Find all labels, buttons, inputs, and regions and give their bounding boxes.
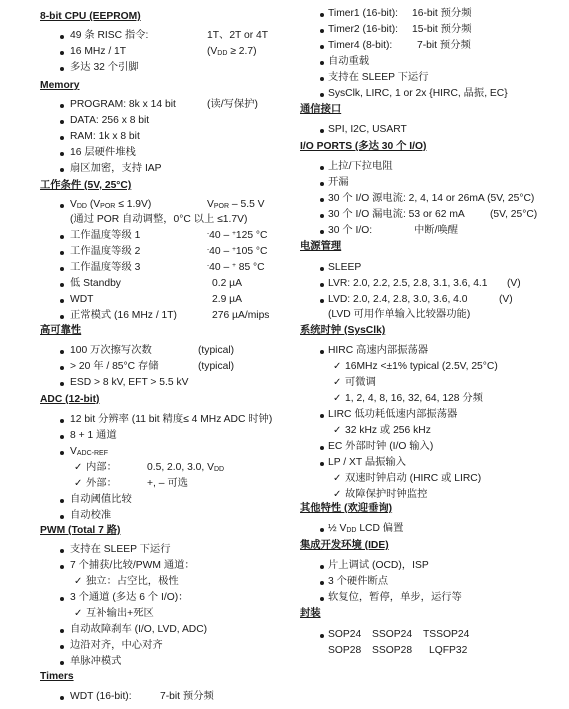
bullet-icon	[320, 462, 324, 466]
bullet-icon	[60, 645, 64, 649]
temp-grade-value: -40 – +105 °C	[207, 247, 267, 257]
clock-item-label: LIRC 低功耗低速内部振荡器	[328, 410, 457, 420]
power-item-label: LVR: 2.0, 2.2, 2.5, 2.8, 3.1, 3.6, 4.1	[328, 279, 488, 289]
package-name: TSSOP24	[423, 630, 469, 640]
adc-sub-label: 外部：	[86, 479, 117, 489]
power-note: (LVD 可用作单输入比较器功能)	[328, 310, 470, 320]
current-label: 低 Standby	[70, 279, 121, 289]
clock-item-label: EC 外部时钟 (I/O 输入)	[328, 442, 433, 452]
current-value: 2.9 µA	[212, 295, 242, 305]
section-title-clock: 系统时钟 (SysClk)	[300, 326, 385, 336]
check-icon: ✓	[333, 426, 341, 436]
bullet-icon	[60, 51, 64, 55]
current-value: 276 µA/mips	[212, 311, 269, 321]
ide-item-label: 3 个硬件断点	[328, 577, 388, 587]
power-item-label: SLEEP	[328, 263, 361, 273]
pwm-sub-label: 互补输出+死区	[86, 609, 154, 619]
timer-item-label: 自动重载	[328, 57, 369, 67]
check-icon: ✓	[74, 577, 82, 587]
temp-grade-label: 工作温度等级 1	[70, 231, 140, 241]
section-title-memory: Memory	[40, 81, 79, 91]
ide-item-label: 片上调试 (OCD)，ISP	[328, 561, 429, 571]
bullet-icon	[60, 299, 64, 303]
check-icon: ✓	[333, 378, 341, 388]
current-label: 正常模式 (16 MHz / 1T)	[70, 311, 177, 321]
bullet-icon	[60, 168, 64, 172]
bullet-icon	[60, 235, 64, 239]
clock-item-label: LP / XT 晶振输入	[328, 458, 406, 468]
io-item-label: 30 个 I/O:	[328, 226, 372, 236]
check-icon: ✓	[333, 394, 341, 404]
clock-sub-label: 可微调	[345, 378, 376, 388]
bullet-icon	[60, 435, 64, 439]
io-item-value: 中断/唤醒	[414, 226, 458, 236]
temp-grade-label: 工作温度等级 3	[70, 263, 140, 273]
io-item-value: (5V, 25°C)	[490, 210, 537, 220]
power-item-value: (V)	[507, 279, 521, 289]
bullet-icon	[60, 35, 64, 39]
bullet-icon	[320, 77, 324, 81]
reliability-item-label: > 20 年 / 85°C 存储	[70, 362, 159, 372]
reliability-item-label: ESD > 8 kV, EFT > 5.5 kV	[70, 378, 188, 388]
section-title-cpu: 8-bit CPU (EEPROM)	[40, 12, 141, 22]
bullet-icon	[60, 204, 64, 208]
temp-grade-label: 工作温度等级 2	[70, 247, 140, 257]
clock-sub-label: 故障保护时钟监控	[345, 490, 427, 500]
section-title-comm: 通信接口	[300, 105, 341, 115]
memory-item-label: DATA: 256 x 8 bit	[70, 116, 149, 126]
bullet-icon	[320, 528, 324, 532]
pwm-item-label: 单脉冲模式	[70, 657, 121, 667]
bullet-icon	[60, 549, 64, 553]
bullet-icon	[320, 182, 324, 186]
temp-grade-value: -40 – +125 °C	[207, 231, 267, 241]
timer-item-value: 15-bit 预分频	[412, 25, 472, 35]
bullet-icon	[320, 283, 324, 287]
bullet-icon	[320, 414, 324, 418]
section-title-adc: ADC (12-bit)	[40, 395, 100, 405]
io-item-label: 30 个 I/O 源电流: 2, 4, 14 or 26mA (5V, 25°C…	[328, 194, 534, 204]
bullet-icon	[320, 446, 324, 450]
section-title-reliability: 高可靠性	[40, 326, 81, 336]
section-title-io: I/O PORTS (多达 30 个 I/O)	[300, 142, 426, 152]
bullet-icon	[60, 419, 64, 423]
power-item-label: LVD: 2.0, 2.4, 2.8, 3.0, 3.6, 4.0	[328, 295, 467, 305]
clock-sub-label: 16MHz <±1% typical (2.5V, 25°C)	[345, 362, 498, 372]
adc-sub-value: 0.5, 2.0, 3.0, VDD	[147, 463, 224, 473]
bullet-icon	[60, 136, 64, 140]
adc-item-label: 8 + 1 通道	[70, 431, 117, 441]
timer-item-label: Timer4 (8-bit):	[328, 41, 392, 51]
bullet-icon	[320, 350, 324, 354]
clock-sub-label: 32 kHz 或 256 kHz	[345, 426, 431, 436]
bullet-icon	[60, 283, 64, 287]
check-icon: ✓	[74, 479, 82, 489]
check-icon: ✓	[74, 609, 82, 619]
bullet-icon	[60, 565, 64, 569]
io-item-label: 上拉/下拉电阻	[328, 162, 393, 172]
io-item-label: 开漏	[328, 178, 349, 188]
section-title-pwm: PWM (Total 7 路)	[40, 526, 120, 536]
pwm-item-label: 3 个通道 (多达 6 个 I/O)：	[70, 593, 188, 603]
memory-item-value: (读/写保护)	[207, 100, 258, 110]
pwm-sub-label: 独立：占空比，极性	[86, 577, 179, 587]
bullet-icon	[320, 634, 324, 638]
bullet-icon	[60, 267, 64, 271]
bullet-icon	[320, 230, 324, 234]
memory-item-label: 扇区加密，支持 IAP	[70, 164, 162, 174]
bullet-icon	[60, 515, 64, 519]
bullet-icon	[320, 214, 324, 218]
timer-item-value: 16-bit 预分频	[412, 9, 472, 19]
cpu-item-label: 多达 32 个引脚	[70, 63, 139, 73]
cpu-item-label: 16 MHz / 1T	[70, 47, 126, 57]
section-title-other: 其他特性 (欢迎垂询)	[300, 504, 392, 514]
bullet-icon	[320, 581, 324, 585]
bullet-icon	[320, 267, 324, 271]
bullet-icon	[60, 451, 64, 455]
reliability-item-label: 100 万次擦写次数	[70, 346, 152, 356]
check-icon: ✓	[333, 474, 341, 484]
bullet-icon	[320, 129, 324, 133]
adc-ref-label: VADC-REF	[70, 447, 108, 457]
bullet-icon	[320, 299, 324, 303]
check-icon: ✓	[333, 490, 341, 500]
cpu-item-value: 1T、2T or 4T	[207, 31, 268, 41]
timer-item-label: 支持在 SLEEP 下运行	[328, 73, 429, 83]
pwm-item-label: 支持在 SLEEP 下运行	[70, 545, 171, 555]
bullet-icon	[320, 93, 324, 97]
comm-item-label: SPI, I2C, USART	[328, 125, 407, 135]
timer-item-value: 7-bit 预分频	[160, 692, 214, 702]
timer-item-label: Timer1 (16-bit):	[328, 9, 398, 19]
bullet-icon	[60, 152, 64, 156]
bullet-icon	[320, 13, 324, 17]
temp-grade-value: -40 – + 85 °C	[207, 263, 265, 273]
timer-item-value: 7-bit 预分频	[417, 41, 471, 51]
bullet-icon	[320, 565, 324, 569]
bullet-icon	[60, 597, 64, 601]
reliability-item-value: (typical)	[198, 346, 234, 356]
bullet-icon	[320, 45, 324, 49]
bullet-icon	[60, 499, 64, 503]
adc-sub-value: +, – 可选	[147, 479, 188, 489]
adc-item-label: 自动校准	[70, 511, 111, 521]
vdd-note: (通过 POR 自动调整，0°C 以上 ≤1.7V)	[70, 215, 247, 225]
bullet-icon	[320, 29, 324, 33]
vdd-value: VPOR – 5.5 V	[207, 200, 265, 210]
power-item-value: (V)	[499, 295, 513, 305]
pwm-item-label: 自动故障刹车 (I/O, LVD, ADC)	[70, 625, 207, 635]
bullet-icon	[320, 61, 324, 65]
check-icon: ✓	[333, 362, 341, 372]
bullet-icon	[60, 67, 64, 71]
cpu-item-value: (VDD ≥ 2.7)	[207, 47, 257, 57]
bullet-icon	[60, 366, 64, 370]
memory-item-label: 16 层硬件堆栈	[70, 148, 136, 158]
package-name: LQFP32	[429, 646, 467, 656]
current-value: 0.2 µA	[212, 279, 242, 289]
bullet-icon	[60, 315, 64, 319]
bullet-icon	[60, 696, 64, 700]
memory-item-label: PROGRAM: 8k x 14 bit	[70, 100, 176, 110]
bullet-icon	[60, 104, 64, 108]
timer-item-label: Timer2 (16-bit):	[328, 25, 398, 35]
clock-item-label: HIRC 高速内部振荡器	[328, 346, 428, 356]
section-title-operating: 工作条件 (5V, 25°C)	[40, 181, 131, 191]
pwm-item-label: 边沿对齐，中心对齐	[70, 641, 163, 651]
current-label: WDT	[70, 295, 93, 305]
other-item-label: ½ VDD LCD 偏置	[328, 524, 403, 534]
adc-sub-label: 内部：	[86, 463, 117, 473]
package-name: SSOP24	[372, 630, 412, 640]
section-title-timers: Timers	[40, 672, 74, 682]
reliability-item-value: (typical)	[198, 362, 234, 372]
cpu-item-label: 49 条 RISC 指令:	[70, 31, 148, 41]
memory-item-label: RAM: 1k x 8 bit	[70, 132, 140, 142]
bullet-icon	[60, 382, 64, 386]
vdd-label: VDD (VPOR ≤ 1.9V)	[70, 200, 151, 210]
bullet-icon	[60, 251, 64, 255]
timer-item-label: WDT (16-bit):	[70, 692, 132, 702]
adc-item-label: 12 bit 分辨率 (11 bit 精度≤ 4 MHz ADC 时钟)	[70, 415, 272, 425]
ide-item-label: 软复位，暂停，单步，运行等	[328, 593, 462, 603]
bullet-icon	[320, 597, 324, 601]
pwm-item-label: 7 个捕获/比较/PWM 通道：	[70, 561, 195, 571]
package-name: SSOP28	[372, 646, 412, 656]
io-item-label: 30 个 I/O 漏电流: 53 or 62 mA	[328, 210, 465, 220]
section-title-ide: 集成开发环境 (IDE)	[300, 541, 389, 551]
clock-sub-label: 双速时钟启动 (HIRC 或 LIRC)	[345, 474, 481, 484]
bullet-icon	[60, 661, 64, 665]
bullet-icon	[60, 350, 64, 354]
bullet-icon	[320, 166, 324, 170]
timer-item-label: SysClk, LIRC, 1 or 2x {HIRC, 晶振, EC}	[328, 89, 508, 99]
package-name: SOP24	[328, 630, 361, 640]
section-title-package: 封装	[300, 609, 321, 619]
bullet-icon	[60, 629, 64, 633]
bullet-icon	[320, 198, 324, 202]
clock-sub-label: 1, 2, 4, 8, 16, 32, 64, 128 分频	[345, 394, 483, 404]
section-title-power: 电源管理	[300, 242, 341, 252]
package-name: SOP28	[328, 646, 361, 656]
bullet-icon	[60, 120, 64, 124]
check-icon: ✓	[74, 463, 82, 473]
adc-item-label: 自动阈值比较	[70, 495, 132, 505]
